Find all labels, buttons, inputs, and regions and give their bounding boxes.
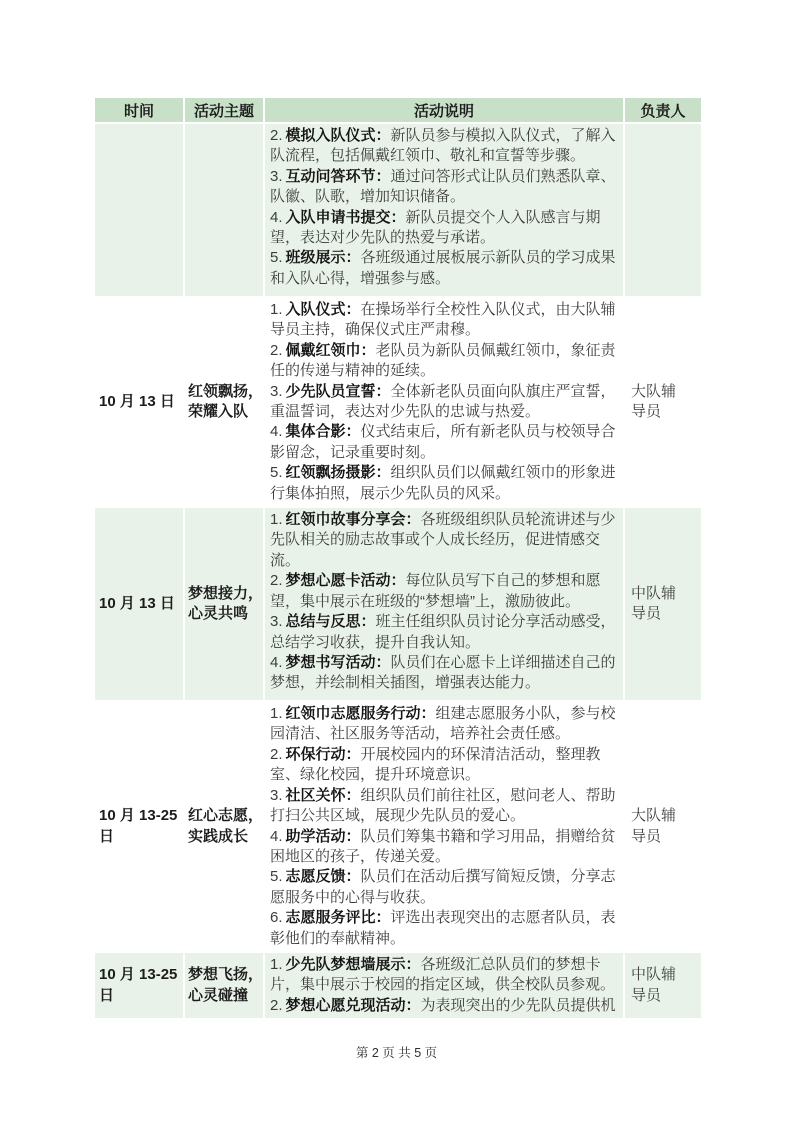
activity-item: 2.环保行动：开展校园内的环保清洁活动，整理教室、绿化校园，提升环境意识。	[270, 745, 618, 786]
item-label: 少先队梦想墙展示：	[286, 956, 421, 973]
item-number: 4.	[270, 654, 283, 671]
activity-item: 1.少先队梦想墙展示：各班级汇总队员们的梦想卡片，集中展示于校园的指定区域，供全…	[270, 955, 618, 996]
document-page: 时间 活动主题 活动说明 负责人 2.模拟入队仪式：新队员参与模拟入队仪式，了解…	[0, 0, 793, 1122]
item-number: 6.	[270, 909, 283, 926]
time-text: 10 月 13-25	[99, 965, 180, 985]
owner-text: 中队辅	[631, 584, 698, 604]
table-row: 10 月 13-25日梦想飞扬，心灵碰撞1.少先队梦想墙展示：各班级汇总队员们的…	[94, 952, 702, 1019]
theme-text: 红心志愿，	[188, 806, 260, 826]
description-cell: 1.少先队梦想墙展示：各班级汇总队员们的梦想卡片，集中展示于校园的指定区域，供全…	[264, 952, 624, 1019]
owner-text: 导员	[631, 402, 698, 422]
owner-text: 大队辅	[631, 382, 698, 402]
activity-item: 1.红领巾故事分享会：各班级组织队员轮流讲述与少先队相关的励志故事或个人成长经历…	[270, 510, 618, 571]
description-cell: 1.入队仪式：在操场举行全校性入队仪式，由大队辅导员主持，确保仪式庄严肃穆。2.…	[264, 297, 624, 507]
item-number: 5.	[270, 249, 283, 266]
theme-text: 实践成长	[188, 827, 260, 847]
table-row: 10 月 13 日红领飘扬，荣耀入队1.入队仪式：在操场举行全校性入队仪式，由大…	[94, 297, 702, 507]
activity-item: 4.梦想书写活动：队员们在心愿卡上详细描述自己的梦想，并绘制相关插图，增强表达能…	[270, 653, 618, 694]
header-cell-description: 活动说明	[264, 97, 624, 123]
activity-item: 3.互动问答环节：通过问答形式让队员们熟悉队章、队徽、队歌，增加知识储备。	[270, 167, 618, 208]
theme-text: 心灵共鸣	[188, 604, 260, 624]
owner-cell: 大队辅导员	[624, 701, 702, 952]
item-number: 2.	[270, 127, 283, 144]
item-label: 互动问答环节：	[286, 168, 391, 185]
table-row: 10 月 13-25日红心志愿，实践成长1.红领巾志愿服务行动：组建志愿服务小队…	[94, 701, 702, 952]
item-number: 4.	[270, 423, 283, 440]
time-cell: 10 月 13 日	[94, 297, 184, 507]
header-cell-owner: 负责人	[624, 97, 702, 123]
header-cell-time: 时间	[94, 97, 184, 123]
item-label: 梦想心愿兑现活动：	[286, 997, 421, 1014]
activity-item: 4.集体合影：仪式结束后，所有新老队员与校领导合影留念，记录重要时刻。	[270, 422, 618, 463]
owner-text: 导员	[631, 986, 698, 1006]
item-label: 助学活动：	[286, 828, 361, 845]
item-label: 模拟入队仪式：	[286, 127, 391, 144]
activity-item: 2.佩戴红领巾：老队员为新队员佩戴红领巾，象征责任的传递与精神的延续。	[270, 341, 618, 382]
activity-item: 2.梦想心愿兑现活动：为表现突出的少先队员提供机	[270, 996, 618, 1016]
owner-cell: 大队辅导员	[624, 297, 702, 507]
activity-item: 4.助学活动：队员们筹集书籍和学习用品，捐赠给贫困地区的孩子，传递关爱。	[270, 827, 618, 868]
item-label: 社区关怀：	[286, 787, 361, 804]
activity-item: 3.总结与反思：班主任组织队员讨论分享活动感受，总结学习收获，提升自我认知。	[270, 612, 618, 653]
activity-item: 6.志愿服务评比：评选出表现突出的志愿者队员，表彰他们的奉献精神。	[270, 908, 618, 949]
table-row: 2.模拟入队仪式：新队员参与模拟入队仪式，了解入队流程，包括佩戴红领巾、敬礼和宣…	[94, 123, 702, 297]
schedule-body: 2.模拟入队仪式：新队员参与模拟入队仪式，了解入队流程，包括佩戴红领巾、敬礼和宣…	[94, 123, 702, 1019]
activity-item: 5.志愿反馈：队员们在活动后撰写简短反馈，分享志愿服务中的心得与收获。	[270, 867, 618, 908]
item-number: 3.	[270, 613, 283, 630]
item-number: 1.	[270, 301, 283, 318]
time-text: 10 月 13 日	[99, 392, 180, 412]
table-header-row: 时间 活动主题 活动说明 负责人	[94, 97, 702, 123]
item-number: 5.	[270, 464, 283, 481]
item-number: 4.	[270, 209, 283, 226]
item-label: 环保行动：	[286, 746, 361, 763]
owner-text: 大队辅	[631, 806, 698, 826]
owner-text: 导员	[631, 604, 698, 624]
item-number: 1.	[270, 956, 283, 973]
item-number: 2.	[270, 572, 283, 589]
item-label: 志愿反馈：	[286, 868, 361, 885]
item-label: 入队申请书提交：	[286, 209, 406, 226]
item-number: 4.	[270, 828, 283, 845]
item-number: 5.	[270, 868, 283, 885]
item-number: 3.	[270, 383, 283, 400]
time-cell	[94, 123, 184, 297]
activity-item: 3.少先队员宣誓：全体新老队员面向队旗庄严宣誓，重温誓词，表达对少先队的忠诚与热…	[270, 382, 618, 423]
activity-item: 1.入队仪式：在操场举行全校性入队仪式，由大队辅导员主持，确保仪式庄严肃穆。	[270, 300, 618, 341]
description-cell: 2.模拟入队仪式：新队员参与模拟入队仪式，了解入队流程，包括佩戴红领巾、敬礼和宣…	[264, 123, 624, 297]
page-number-text: 第 2 页 共 5 页	[356, 1046, 437, 1060]
item-label: 总结与反思：	[286, 613, 376, 630]
item-label: 少先队员宣誓：	[286, 383, 391, 400]
time-cell: 10 月 13-25日	[94, 701, 184, 952]
item-label: 集体合影：	[286, 423, 361, 440]
item-label: 红领巾志愿服务行动：	[286, 705, 436, 722]
theme-text: 梦想飞扬，	[188, 965, 260, 985]
activity-item: 5.红领飘扬摄影：组织队员们以佩戴红领巾的形象进行集体拍照，展示少先队员的风采。	[270, 463, 618, 504]
time-text: 10 月 13 日	[99, 594, 180, 614]
theme-text: 心灵碰撞	[188, 986, 260, 1006]
theme-text: 红领飘扬，	[188, 382, 260, 402]
owner-cell	[624, 123, 702, 297]
item-number: 2.	[270, 997, 283, 1014]
description-cell: 1.红领巾志愿服务行动：组建志愿服务小队，参与校园清洁、社区服务等活动，培养社会…	[264, 701, 624, 952]
theme-text: 梦想接力，	[188, 584, 260, 604]
activity-item: 3.社区关怀：组织队员们前往社区，慰问老人、帮助打扫公共区域，展现少先队员的爱心…	[270, 786, 618, 827]
item-label: 梦想书写活动：	[286, 654, 391, 671]
item-label: 入队仪式：	[286, 301, 361, 318]
activity-item: 2.模拟入队仪式：新队员参与模拟入队仪式，了解入队流程，包括佩戴红领巾、敬礼和宣…	[270, 126, 618, 167]
activity-item: 1.红领巾志愿服务行动：组建志愿服务小队，参与校园清洁、社区服务等活动，培养社会…	[270, 704, 618, 745]
theme-cell: 红心志愿，实践成长	[184, 701, 264, 952]
table-row: 10 月 13 日梦想接力，心灵共鸣1.红领巾故事分享会：各班级组织队员轮流讲述…	[94, 507, 702, 701]
owner-cell: 中队辅导员	[624, 507, 702, 701]
item-label: 佩戴红领巾：	[286, 342, 376, 359]
item-number: 3.	[270, 168, 283, 185]
theme-cell	[184, 123, 264, 297]
item-text: 为表现突出的少先队员提供机	[421, 997, 616, 1014]
item-label: 红领巾故事分享会：	[286, 511, 421, 528]
item-label: 红领飘扬摄影：	[286, 464, 391, 481]
item-number: 2.	[270, 342, 283, 359]
owner-cell: 中队辅导员	[624, 952, 702, 1019]
page-footer: 第 2 页 共 5 页	[0, 1043, 793, 1061]
activity-schedule-table: 时间 活动主题 活动说明 负责人 2.模拟入队仪式：新队员参与模拟入队仪式，了解…	[93, 96, 703, 1020]
item-number: 2.	[270, 746, 283, 763]
owner-text: 导员	[631, 827, 698, 847]
activity-item: 4.入队申请书提交：新队员提交个人入队感言与期望，表达对少先队的热爱与承诺。	[270, 208, 618, 249]
time-cell: 10 月 13-25日	[94, 952, 184, 1019]
time-cell: 10 月 13 日	[94, 507, 184, 701]
item-number: 3.	[270, 787, 283, 804]
activity-item: 5.班级展示：各班级通过展板展示新队员的学习成果和入队心得，增强参与感。	[270, 248, 618, 289]
theme-text: 荣耀入队	[188, 402, 260, 422]
time-text: 日	[99, 986, 180, 1006]
time-text: 10 月 13-25	[99, 806, 180, 826]
theme-cell: 红领飘扬，荣耀入队	[184, 297, 264, 507]
activity-item: 2.梦想心愿卡活动：每位队员写下自己的梦想和愿望，集中展示在班级的“梦想墙”上，…	[270, 571, 618, 612]
item-label: 班级展示：	[286, 249, 361, 266]
theme-cell: 梦想接力，心灵共鸣	[184, 507, 264, 701]
item-number: 1.	[270, 511, 283, 528]
description-cell: 1.红领巾故事分享会：各班级组织队员轮流讲述与少先队相关的励志故事或个人成长经历…	[264, 507, 624, 701]
item-number: 1.	[270, 705, 283, 722]
time-text: 日	[99, 827, 180, 847]
item-label: 梦想心愿卡活动：	[286, 572, 406, 589]
theme-cell: 梦想飞扬，心灵碰撞	[184, 952, 264, 1019]
header-cell-theme: 活动主题	[184, 97, 264, 123]
owner-text: 中队辅	[631, 965, 698, 985]
item-label: 志愿服务评比：	[286, 909, 391, 926]
